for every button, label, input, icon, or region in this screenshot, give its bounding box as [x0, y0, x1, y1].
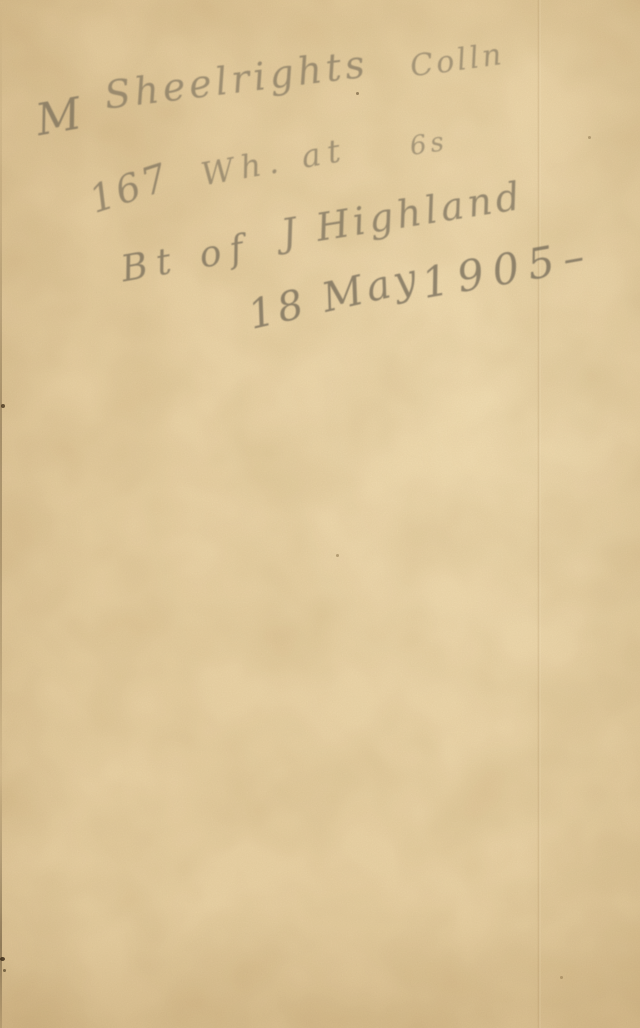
paper-speck — [0, 957, 5, 961]
scanned-paper-page: M Sheelrights Colln 167 Wh. at 6s Bt of … — [0, 0, 640, 1028]
left-edge-shadow — [0, 0, 2, 1028]
handwriting-price-note: 6s — [408, 127, 450, 162]
paper-speck — [560, 976, 563, 979]
paper-speck — [3, 969, 6, 972]
paper-speck — [1, 404, 5, 408]
paper-speck — [356, 92, 359, 95]
paper-speck — [588, 136, 591, 139]
vertical-crease — [537, 0, 541, 1028]
paper-speck — [336, 554, 339, 557]
handwriting-owner-initial: M — [32, 88, 85, 146]
